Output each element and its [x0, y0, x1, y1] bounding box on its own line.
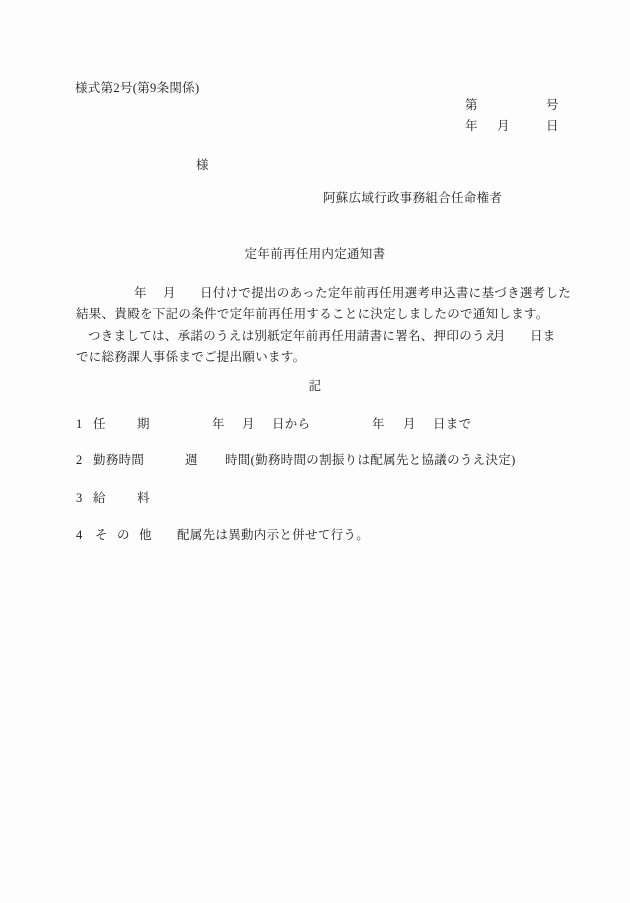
- item4-detail: 配属先は異動内示と併せて行う。: [177, 528, 369, 543]
- recipient-honorific: 様: [196, 158, 209, 173]
- document-page: 様式第2号(第9条関係) 第 号 年 月 日 様 阿蘇広域行政事務組合任命権者 …: [0, 0, 630, 903]
- item1-to-day-label: 日まで: [433, 417, 471, 432]
- body-p1-year-label: 年: [134, 286, 147, 301]
- item1-to-month-label: 月: [403, 417, 416, 432]
- date-day-label: 日: [546, 119, 559, 134]
- body-p2-month-label: 月: [493, 329, 506, 344]
- body-p1-month-label: 月: [163, 286, 176, 301]
- item2-week-label: 週: [185, 453, 198, 468]
- item2-label: 勤務時間: [93, 453, 144, 468]
- item2-number: 2: [76, 453, 83, 468]
- issuer-name: 阿蘇広域行政事務組合任命権者: [323, 191, 502, 206]
- body-p2-line2: でに総務課人事係までご提出願います。: [76, 350, 305, 365]
- body-p2-line1: つきましては、承諾のうえは別紙定年前再任用請書に署名、押印のうえ: [88, 329, 498, 344]
- item1-from-day-label: 日から: [272, 417, 310, 432]
- item3-label: 給料: [93, 491, 181, 506]
- body-p1-line2: 結果、貴殿を下記の条件で定年前再任用することに決定しましたので通知します。: [76, 307, 549, 322]
- body-p1-line1: 日付けで提出のあった定年前再任用選考申込書に基づき選考した: [200, 286, 571, 301]
- record-marker: 記: [0, 379, 630, 394]
- date-year-label: 年: [465, 119, 478, 134]
- date-month-label: 月: [497, 119, 510, 134]
- doc-number-prefix: 第: [465, 98, 478, 113]
- doc-number-suffix: 号: [546, 98, 559, 113]
- item2-detail: 時間(勤務時間の割振りは配属先と協議のうえ決定): [225, 453, 516, 468]
- document-title: 定年前再任用内定通知書: [0, 247, 630, 262]
- item4-number: 4: [76, 528, 83, 543]
- item1-from-month-label: 月: [242, 417, 255, 432]
- item3-number: 3: [76, 491, 83, 506]
- item1-to-year-label: 年: [372, 417, 385, 432]
- item1-label: 任期: [93, 417, 181, 432]
- item1-from-year-label: 年: [212, 417, 225, 432]
- form-number: 様式第2号(第9条関係): [75, 81, 199, 96]
- item1-number: 1: [76, 417, 83, 432]
- body-p2-day-label: 日ま: [530, 329, 556, 344]
- item4-label: その他: [95, 528, 161, 543]
